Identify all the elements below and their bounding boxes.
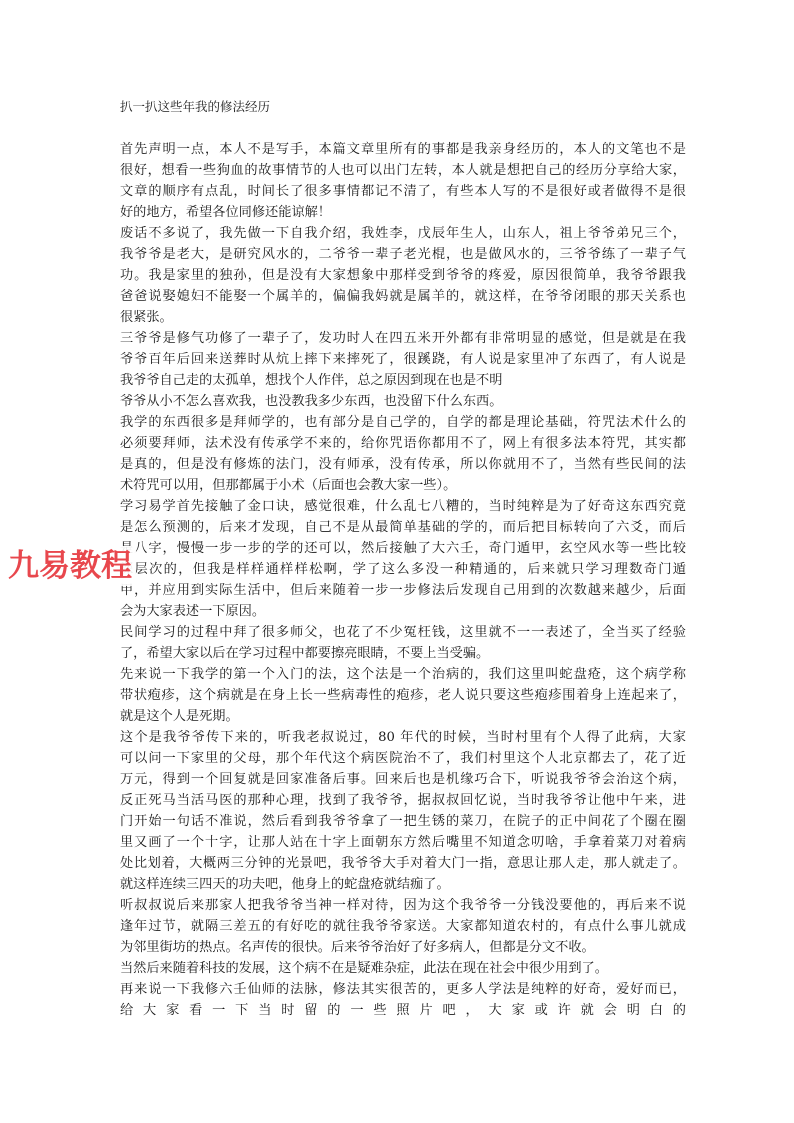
page-title: 扒一扒这些年我的修法经历 (120, 99, 270, 115)
text-line: 我爷爷自己走的太孤单，想找个人作伴，总之原因到现在也是不明 (120, 370, 686, 391)
text-line: 可以问一下家里的父母，那个年代这个病医院治不了，我们村里这个人北京都去了，花了近 (120, 748, 686, 769)
text-line: 我学的东西很多是拜师学的，也有部分是自己学的，自学的都是理论基础，符咒法术什么的 (120, 412, 686, 433)
text-line: 很好，想看一些狗血的故事情节的人也可以出门左转，本人就是想把自己的经历分享给大家… (120, 160, 686, 181)
text-line: 学习易学首先接触了金口诀，感觉很难，什么乱七八糟的，当时纯粹是为了好奇这东西究竟 (120, 496, 686, 517)
text-line: 反正死马当活马医的那种心理，找到了我爷爷，据叔叔回忆说，当时我爷爷让他中午来，进 (120, 790, 686, 811)
text-line: 好的地方，希望各位同修还能谅解！ (120, 202, 686, 223)
text-line: 是八字，慢慢一步一步的学的还可以，然后接触了大六壬，奇门遁甲，玄空风水等一些比较 (120, 538, 686, 559)
text-line: 爷爷从小不怎么喜欢我，也没教我多少东西，也没留下什么东西。 (120, 391, 686, 412)
text-line: 文章的顺序有点乱，时间长了很多事情都记不清了，有些本人写的不是很好或者做得不是很 (120, 181, 686, 202)
text-line: 里又画了一个十字，让那人站在十字上面朝东方然后嘴里不知道念叨啥，手拿着菜刀对着病 (120, 832, 686, 853)
text-line: 民间学习的过程中拜了很多师父，也花了不少冤枉钱，这里就不一一表述了，全当买了经验 (120, 622, 686, 643)
text-line: 就是这个人是死期。 (120, 706, 686, 727)
text-line: 首先声明一点，本人不是写手，本篇文章里所有的事都是我亲身经历的，本人的文笔也不是 (120, 139, 686, 160)
text-line: 很紧张。 (120, 307, 686, 328)
text-line: 废话不多说了，我先做一下自我介绍，我姓李，戊辰年生人，山东人，祖上爷爷弟兄三个， (120, 223, 686, 244)
text-line: 爷爷百年后回来送葬时从炕上摔下来摔死了，很蹊跷，有人说是家里冲了东西了，有人说是 (120, 349, 686, 370)
text-line: 术符咒可以用，但那都属于小术（后面也会教大家一些）。 (120, 475, 686, 496)
text-line: 了，希望大家以后在学习过程中都要擦亮眼睛，不要上当受骗。 (120, 643, 686, 664)
text-line: 处比划着，大概两三分钟的光景吧，我爷爷大手对着大门一指，意思让那人走，那人就走了… (120, 853, 686, 874)
text-line: 爸爸说娶媳妇不能娶一个属羊的，偏偏我妈就是属羊的，就这样，在爷爷闭眼的那天关系也 (120, 286, 686, 307)
text-line: 是怎么预测的，后来才发现，自己不是从最简单基础的学的，而后把目标转向了六爻，而后 (120, 517, 686, 538)
text-line: 深层次的，但我是样样通样样松啊，学了这么多没一种精通的，后来就只学习理数奇门遁 (120, 559, 686, 580)
text-line: 会为大家表述一下原因。 (120, 601, 686, 622)
text-line: 给大家看一下当时留的一些照片吧，大家或许就会明白的 (120, 1000, 686, 1021)
document-body: 首先声明一点，本人不是写手，本篇文章里所有的事都是我亲身经历的，本人的文笔也不是… (120, 139, 686, 1021)
watermark-logo: 九易教程 (8, 546, 136, 586)
text-line: 先来说一下我学的第一个入门的法，这个法是一个治病的，我们这里叫蛇盘疮，这个病学称 (120, 664, 686, 685)
text-line: 再来说一下我修六壬仙师的法脉，修法其实很苦的，更多人学法是纯粹的好奇，爱好而已， (120, 979, 686, 1000)
text-line: 逢年过节，就隔三差五的有好吃的就往我爷爷家送。大家都知道农村的，有点什么事儿就成 (120, 916, 686, 937)
text-line: 为邻里街坊的热点。名声传的很快。后来爷爷治好了好多病人，但都是分文不收。 (120, 937, 686, 958)
text-line: 万元，得到一个回复就是回家准备后事。回来后也是机缘巧合下，听说我爷爷会治这个病， (120, 769, 686, 790)
text-line: 听叔叔说后来那家人把我爷爷当神一样对待，因为这个我爷爷一分钱没要他的，再后来不说 (120, 895, 686, 916)
text-line: 带状疱疹，这个病就是在身上长一些病毒性的疱疹，老人说只要这些疱疹围着身上连起来了… (120, 685, 686, 706)
text-line: 是真的，但是没有修炼的法门，没有师承，没有传承，所以你就用不了，当然有些民间的法 (120, 454, 686, 475)
text-line: 当然后来随着科技的发展，这个病不在是疑难杂症，此法在现在社会中很少用到了。 (120, 958, 686, 979)
text-line: 必须要拜师，法术没有传承学不来的，给你咒语你都用不了，网上有很多法本符咒，其实都 (120, 433, 686, 454)
text-line: 三爷爷是修气功修了一辈子了，发功时人在四五米开外都有非常明显的感觉，但是就是在我 (120, 328, 686, 349)
text-line: 功。我是家里的独孙，但是没有大家想象中那样受到爷爷的疼爱，原因很简单，我爷爷跟我 (120, 265, 686, 286)
text-line: 门开始一句话不准说，然后看到我爷爷拿了一把生锈的菜刀，在院子的正中间花了个圈在圈 (120, 811, 686, 832)
text-line: 甲，并应用到实际生活中，但后来随着一步一步修法后发现自己用到的次数越来越少，后面 (120, 580, 686, 601)
text-line: 我爷爷是老大，是研究风水的，二爷爷一辈子老光棍，也是做风水的，三爷爷练了一辈子气 (120, 244, 686, 265)
text-line: 就这样连续三四天的功夫吧，他身上的蛇盘疮就结痂了。 (120, 874, 686, 895)
text-line: 这个是我爷爷传下来的，听我老叔说过，80 年代的时候，当时村里有个人得了此病，大… (120, 727, 686, 748)
